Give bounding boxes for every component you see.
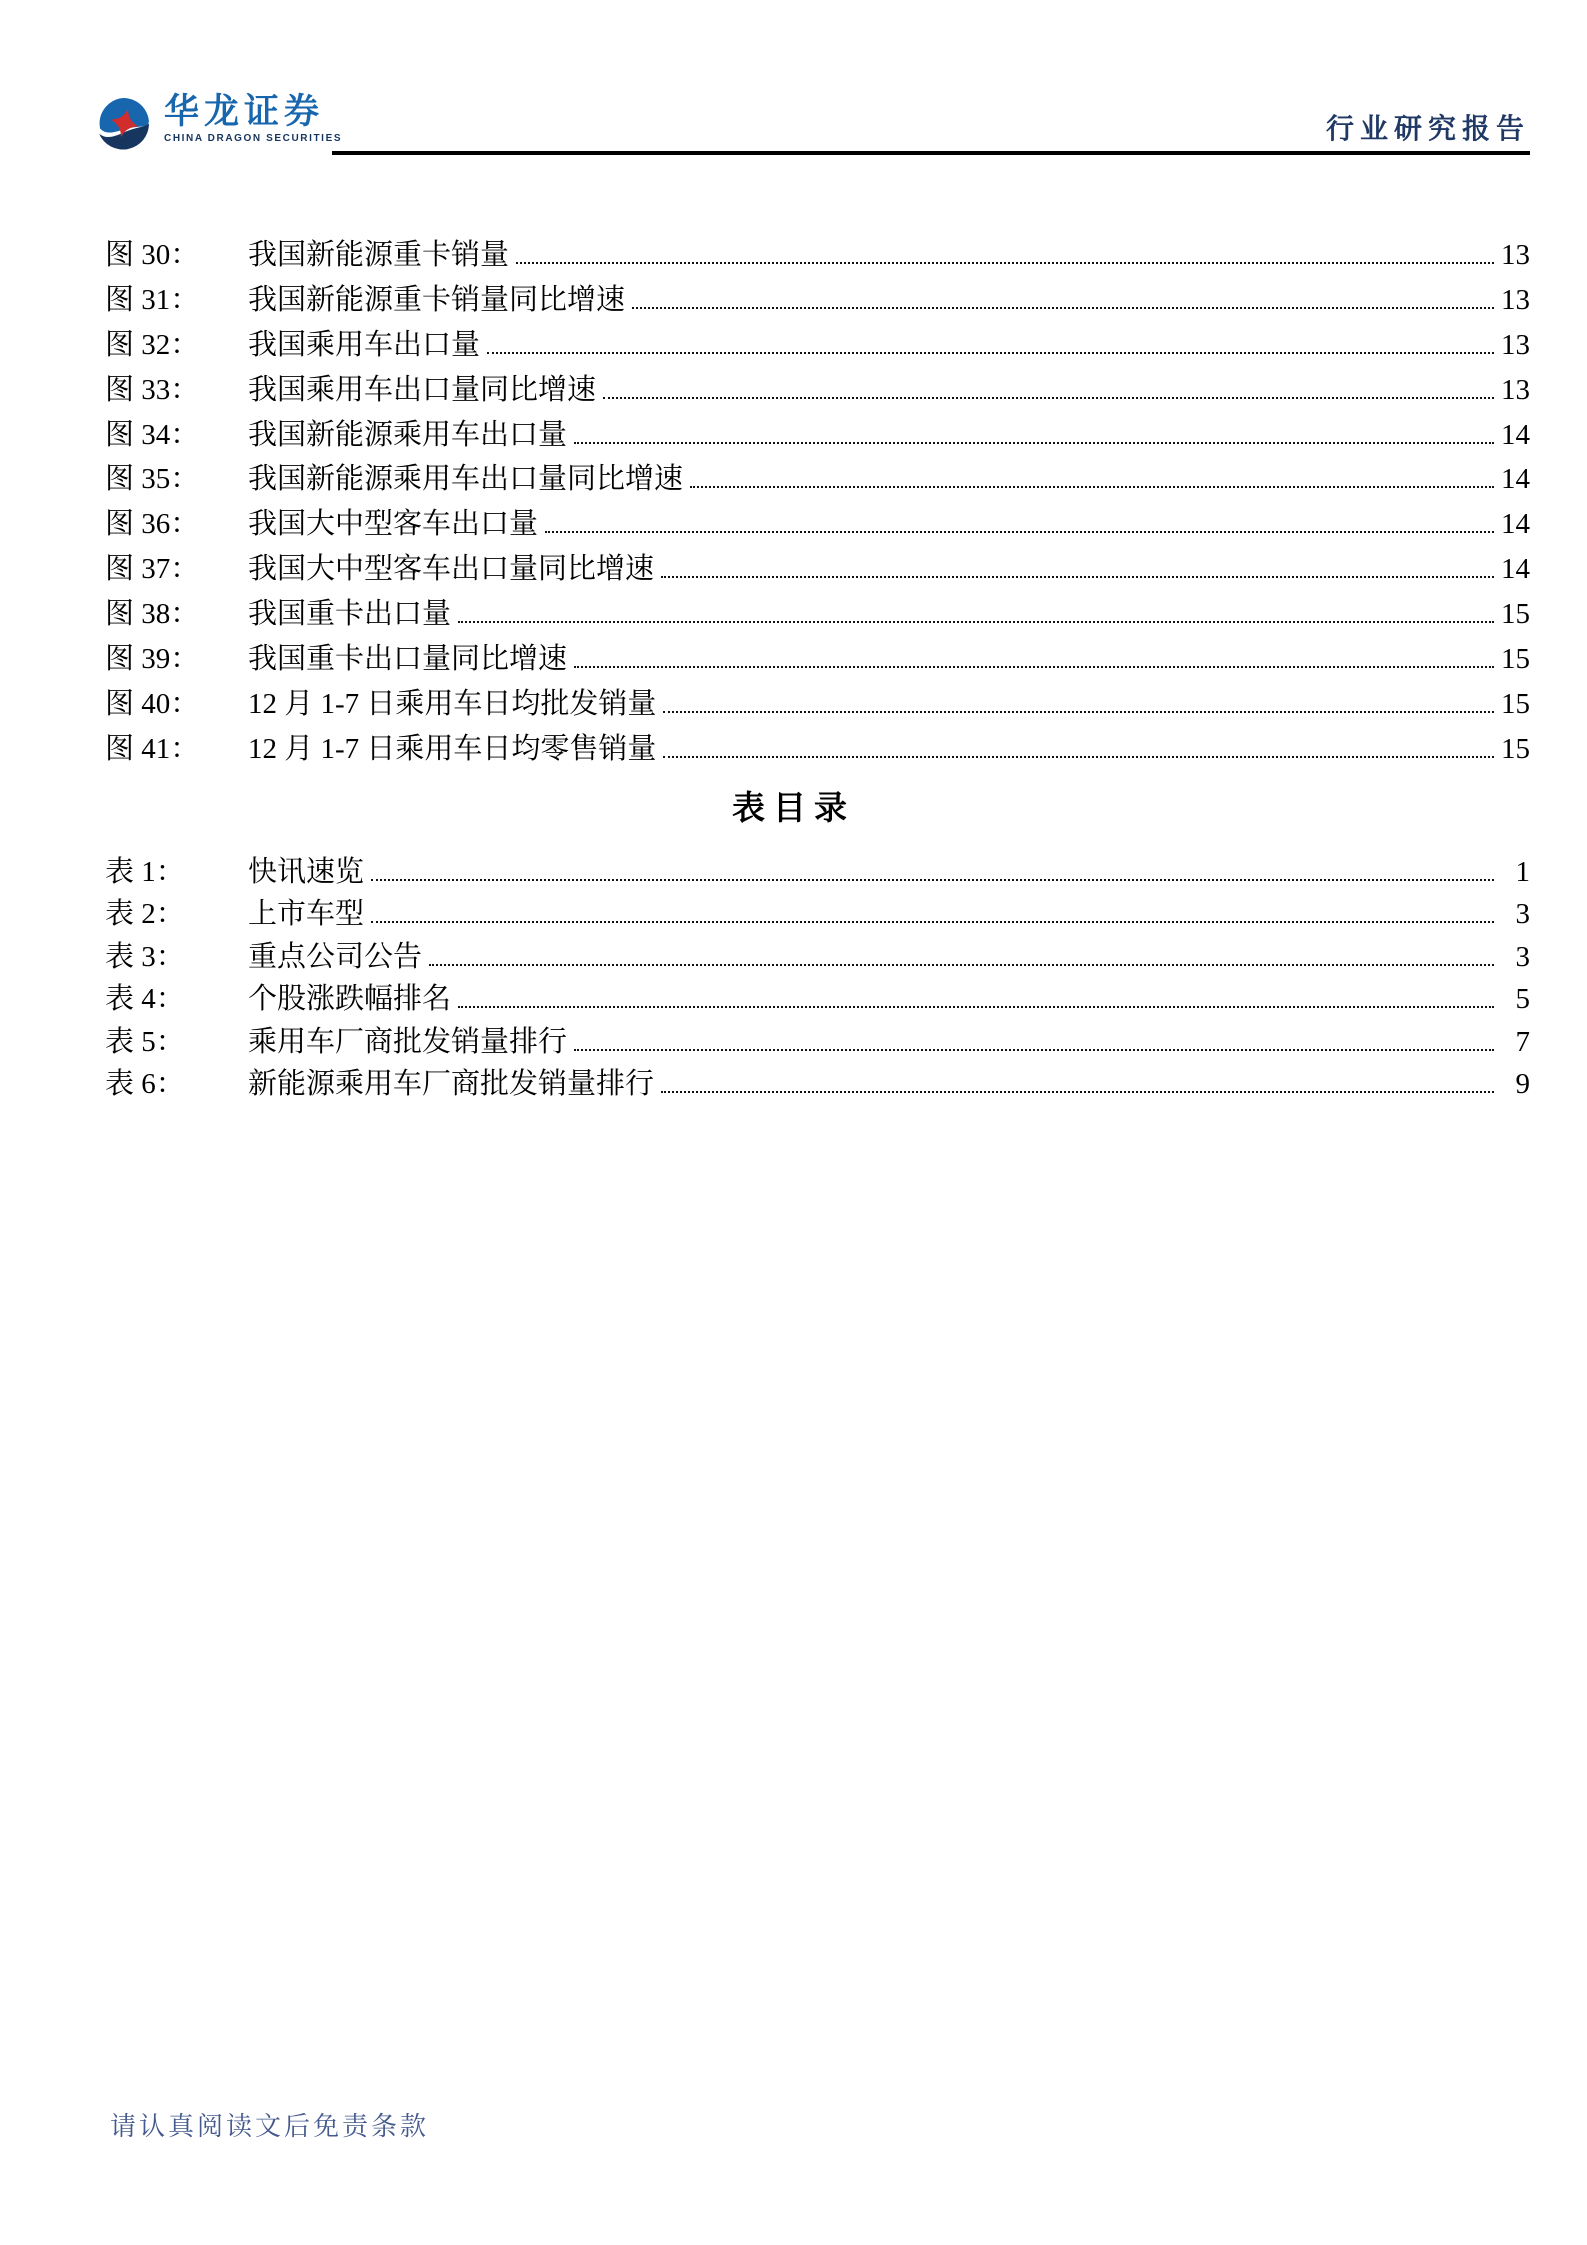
toc-entry-label: 图 35： [105,456,248,497]
toc-entry-label: 图 31： [105,277,248,318]
figures-toc-list: 图 30： 我国新能源重卡销量 13 图 31： 我国新能源重卡销量同比增速 1… [105,232,1530,771]
toc-table-row-2[interactable]: 表 2： 上市车型 3 [105,891,1530,934]
toc-table-row-4[interactable]: 表 4： 个股涨跌幅排名 5 [105,976,1530,1019]
toc-entry-title: 乘用车厂商批发销量排行 [248,1019,567,1060]
toc-entry-label: 图 33： [105,367,248,408]
toc-figure-row-32[interactable]: 图 32： 我国乘用车出口量 13 [105,322,1530,367]
toc-entry-label: 表 4： [105,976,248,1017]
toc-entry-title: 重点公司公告 [248,934,422,975]
toc-dot-leader [487,352,1494,354]
toc-entry-label: 表 5： [105,1019,248,1060]
toc-entry-title: 快讯速览 [248,849,364,890]
toc-entry-title: 我国新能源乘用车出口量 [248,412,567,453]
toc-dot-leader [458,621,1494,623]
toc-entry-page: 5 [1498,983,1530,1016]
toc-entry-page: 1 [1498,856,1530,889]
toc-dot-leader [371,921,1494,923]
toc-entry-label: 图 38： [105,591,248,632]
toc-entry-page: 14 [1498,463,1530,496]
toc-figure-row-38[interactable]: 图 38： 我国重卡出口量 15 [105,591,1530,636]
toc-entry-title: 我国新能源重卡销量同比增速 [248,277,625,318]
toc-entry-page: 15 [1498,643,1530,676]
toc-table-row-5[interactable]: 表 5： 乘用车厂商批发销量排行 7 [105,1019,1530,1062]
toc-dot-leader [603,397,1494,399]
toc-figure-row-33[interactable]: 图 33： 我国乘用车出口量同比增速 13 [105,367,1530,412]
toc-entry-title: 12 月 1-7 日乘用车日均零售销量 [248,726,656,767]
toc-figure-row-40[interactable]: 图 40： 12 月 1-7 日乘用车日均批发销量 15 [105,681,1530,726]
toc-figure-row-30[interactable]: 图 30： 我国新能源重卡销量 13 [105,232,1530,277]
toc-table-row-6[interactable]: 表 6： 新能源乘用车厂商批发销量排行 9 [105,1061,1530,1104]
toc-figure-row-41[interactable]: 图 41： 12 月 1-7 日乘用车日均零售销量 15 [105,726,1530,771]
toc-entry-label: 图 36： [105,501,248,542]
toc-dot-leader [661,576,1494,578]
toc-entry-title: 我国乘用车出口量 [248,322,480,363]
report-type-label: 行业研究报告 [1326,107,1530,147]
logo-company-name: 华龙证券 [164,93,342,131]
toc-entry-page: 14 [1498,419,1530,452]
toc-figure-row-35[interactable]: 图 35： 我国新能源乘用车出口量同比增速 14 [105,456,1530,501]
logo-text-block: 华龙证券 CHINA DRAGON SECURITIES [164,93,342,144]
toc-entry-label: 表 3： [105,934,248,975]
toc-entry-label: 图 37： [105,546,248,587]
toc-dot-leader [663,756,1494,758]
toc-entry-title: 我国重卡出口量同比增速 [248,636,567,677]
toc-dot-leader [663,711,1494,713]
header-divider-rule [332,151,1530,155]
toc-figure-row-36[interactable]: 图 36： 我国大中型客车出口量 14 [105,501,1530,546]
toc-dot-leader [632,307,1494,309]
toc-entry-title: 我国乘用车出口量同比增速 [248,367,596,408]
toc-dot-leader [545,531,1494,533]
china-dragon-logo-icon [95,95,152,152]
page-header: 华龙证券 CHINA DRAGON SECURITIES 行业研究报告 [95,93,1530,155]
toc-figure-row-34[interactable]: 图 34： 我国新能源乘用车出口量 14 [105,412,1530,457]
toc-entry-title: 我国新能源乘用车出口量同比增速 [248,456,683,497]
logo-company-name-en: CHINA DRAGON SECURITIES [164,133,342,144]
toc-figure-row-37[interactable]: 图 37： 我国大中型客车出口量同比增速 14 [105,546,1530,591]
toc-dot-leader [516,262,1494,264]
toc-entry-title: 我国重卡出口量 [248,591,451,632]
toc-table-row-3[interactable]: 表 3： 重点公司公告 3 [105,934,1530,977]
toc-dot-leader [574,442,1494,444]
toc-dot-leader [690,486,1494,488]
toc-dot-leader [661,1091,1494,1093]
toc-entry-page: 13 [1498,239,1530,272]
toc-entry-title: 我国新能源重卡销量 [248,232,509,273]
toc-dot-leader [574,1049,1494,1051]
toc-dot-leader [574,666,1494,668]
toc-dot-leader [371,879,1494,881]
toc-entry-label: 图 30： [105,232,248,273]
company-logo: 华龙证券 CHINA DRAGON SECURITIES [95,93,342,152]
toc-dot-leader [458,1006,1494,1008]
tables-toc-heading: 表目录 [0,785,1587,833]
toc-table-row-1[interactable]: 表 1： 快讯速览 1 [105,849,1530,892]
toc-entry-page: 13 [1498,329,1530,362]
toc-entry-label: 表 1： [105,849,248,890]
toc-entry-page: 7 [1498,1026,1530,1059]
toc-entry-title: 上市车型 [248,891,364,932]
toc-entry-label: 表 6： [105,1061,248,1102]
toc-entry-page: 14 [1498,553,1530,586]
toc-entry-label: 表 2： [105,891,248,932]
toc-entry-page: 3 [1498,941,1530,974]
toc-entry-title: 我国大中型客车出口量 [248,501,538,542]
toc-entry-page: 13 [1498,284,1530,317]
tables-toc-list: 表 1： 快讯速览 1 表 2： 上市车型 3 表 3： 重点公司公告 3 表 … [105,849,1530,1104]
toc-entry-page: 3 [1498,898,1530,931]
toc-entry-title: 我国大中型客车出口量同比增速 [248,546,654,587]
toc-entry-page: 14 [1498,508,1530,541]
toc-dot-leader [429,964,1494,966]
toc-entry-title: 新能源乘用车厂商批发销量排行 [248,1061,654,1102]
footer-disclaimer: 请认真阅读文后免责条款 [110,2106,429,2143]
toc-figure-row-31[interactable]: 图 31： 我国新能源重卡销量同比增速 13 [105,277,1530,322]
toc-entry-title: 12 月 1-7 日乘用车日均批发销量 [248,681,656,722]
report-page: 华龙证券 CHINA DRAGON SECURITIES 行业研究报告 图 30… [0,0,1587,2245]
toc-entry-title: 个股涨跌幅排名 [248,976,451,1017]
toc-entry-label: 图 32： [105,322,248,363]
toc-entry-page: 13 [1498,374,1530,407]
toc-entry-label: 图 40： [105,681,248,722]
toc-entry-page: 9 [1498,1068,1530,1101]
toc-entry-page: 15 [1498,733,1530,766]
toc-entry-label: 图 34： [105,412,248,453]
toc-entry-page: 15 [1498,688,1530,721]
toc-entry-label: 图 41： [105,726,248,767]
toc-figure-row-39[interactable]: 图 39： 我国重卡出口量同比增速 15 [105,636,1530,681]
toc-entry-page: 15 [1498,598,1530,631]
toc-entry-label: 图 39： [105,636,248,677]
